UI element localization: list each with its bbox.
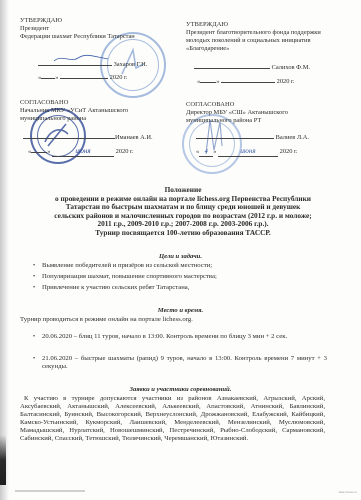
schedule-item-text: 20.06.2020 – блиц 11 туров, начало в 13:… — [42, 333, 287, 340]
quote-close: » — [47, 148, 50, 155]
approval-right-signature: Салихов Ф.М. — [194, 64, 310, 72]
quote-close: » — [216, 78, 219, 85]
quote-close: » — [55, 74, 58, 81]
agreement-left-signer: Иманаев А.И. — [115, 134, 153, 141]
agreement-right-month: июня — [218, 148, 278, 157]
month-line — [60, 78, 108, 79]
bullet-icon: • — [33, 262, 35, 270]
approval-left-year: 2020 г. — [110, 74, 128, 81]
place-time-heading: Место и время. — [0, 307, 361, 314]
agreement-right-date: «4» июня 2020 г. — [196, 148, 298, 157]
approval-left-line1: Президент — [20, 25, 49, 33]
agreement-left-day — [31, 152, 47, 153]
day-line — [41, 78, 55, 79]
title-line-6: Турнир посвящается 100-летию образования… — [10, 229, 356, 238]
place-time-intro: Турнир проводиться в режиме онлайн на по… — [20, 316, 350, 324]
schedule-item: •20.06.2020 – блиц 11 туров, начало в 13… — [42, 333, 327, 341]
scan-bottom-artifact — [15, 490, 85, 492]
goals-heading: Цели и задачи. — [0, 253, 361, 260]
approval-left-heading: УТВЕРЖДАЮ — [20, 17, 62, 25]
bullet-icon: • — [33, 333, 35, 341]
goals-item-text: Выявление победителей и призёров из сель… — [42, 262, 212, 269]
agreement-left-signature: Иманаев А.И. — [23, 134, 153, 142]
agreement-left-line2: муниципального района — [20, 115, 86, 123]
approval-right-line1: Президент благотворительного фонда подде… — [186, 29, 321, 37]
agreement-right-signer: Валиев Л.А. — [276, 134, 309, 141]
scan-edge-mark — [0, 435, 6, 485]
goals-item: •Выявление победителей и призёров из сел… — [42, 262, 212, 270]
agreement-right-year: 2020 г. — [280, 148, 298, 155]
bullet-icon: • — [33, 284, 35, 292]
approval-left-date: «» 2020 г. — [38, 74, 128, 82]
approval-right-line2: молодых поколений и социальных инициатив — [186, 37, 310, 45]
day-line — [200, 82, 216, 83]
schedule-item: •21.06.2020 – быстрые шахматы (рапид) 9 … — [42, 355, 327, 371]
month-line — [221, 82, 275, 83]
approval-right-year: 2020 г. — [277, 78, 295, 85]
goals-item-text: Популяризация шахмат, повышение спортивн… — [42, 273, 217, 280]
agreement-left-line1: Начальник МКУ «УСиТ Актанышского — [20, 107, 128, 115]
signature-line — [38, 65, 112, 66]
participants-text: К участию в турнире допускаются участник… — [20, 395, 325, 443]
participants-heading: Заявки и участники соревнований. — [0, 386, 361, 393]
approval-right-line3: «Благодарение» — [186, 45, 229, 53]
agreement-left-heading: СОГЛАСОВАНО — [20, 99, 68, 107]
agreement-left-year: 2020 г. — [116, 148, 134, 155]
bullet-icon: • — [33, 273, 35, 281]
watermark: tatar-chess.ru — [339, 490, 357, 494]
agreement-left-date: «» июня 2020 г. — [28, 148, 134, 157]
agreement-right-day: 4 — [199, 148, 213, 157]
document-title: Положение о проведении в режиме онлайн н… — [10, 186, 356, 237]
approval-left-line2: Федерации шахмат Республики Татарстан — [20, 33, 135, 41]
quote-close: » — [213, 148, 216, 155]
goals-item: •Привлечение к участию сельских ребят Та… — [42, 284, 189, 292]
agreement-right-line1: Директор МБУ «СШ» Актанышского — [186, 109, 288, 117]
approval-right-signer: Салихов Ф.М. — [272, 64, 310, 71]
agreement-right-line2: муниципального района РТ — [186, 117, 261, 125]
scan-edge-shadow — [0, 0, 9, 500]
goals-item: •Популяризация шахмат, повышение спортив… — [42, 273, 217, 281]
signature-line — [23, 138, 115, 139]
agreement-left-month: июня — [52, 148, 114, 157]
signature-line — [194, 68, 270, 69]
goals-item-text: Привлечение к участию сельских ребят Тат… — [42, 284, 189, 291]
approval-right-date: «» 2020 г. — [197, 78, 295, 86]
approval-right-heading: УТВЕРЖДАЮ — [186, 21, 228, 29]
bullet-icon: • — [33, 355, 35, 363]
schedule-item-text: 21.06.2020 – быстрые шахматы (рапид) 9 т… — [42, 355, 327, 370]
agreement-right-heading: СОГЛАСОВАНО — [186, 101, 234, 109]
signature-scribble-left — [52, 54, 112, 64]
approval-left-signer: Захаров Г.Н. — [114, 61, 148, 68]
signature-line — [196, 138, 274, 139]
agreement-right-signature: Валиев Л.А. — [196, 134, 309, 142]
